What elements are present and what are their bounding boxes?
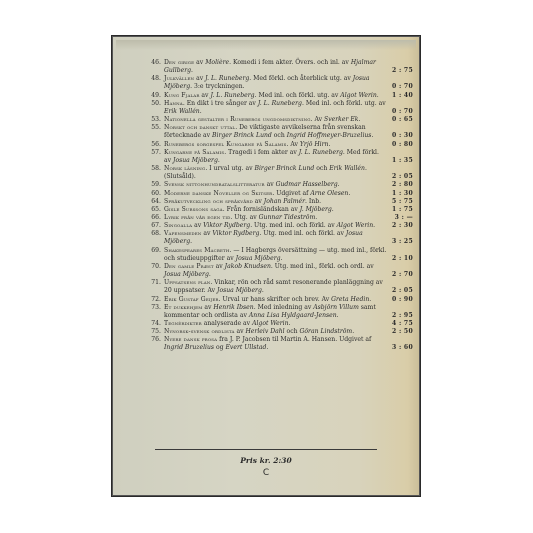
entry-text: . I urval utg. av [205,165,254,172]
entry-author: Algot Werin [252,320,288,327]
entry-text: . Utg. med inl., förkl. och ordl. av [271,263,374,270]
catalog-entry: 57.Kungarne på Salamis. Tragedi i fem ak… [151,149,413,165]
entry-number: 58. [151,165,164,181]
entry-title: Svensk nittonhundratalslitteratur [164,181,265,188]
entry-price: 2 : 50 [387,328,413,336]
entry-description: Gisle Surssons saga. Från fornisländskan… [164,206,413,214]
entry-author: Greta Hedin [331,296,369,303]
page-mark: C [112,468,420,478]
entry-text: . [373,222,375,229]
entry-text: . [200,108,202,115]
entry-price: 2 : 10 [387,255,413,263]
entry-title: Julkvällen [164,75,194,82]
entry-text: . Med inl. och förkl. utg. av [255,92,341,99]
entry-text: . [266,344,268,351]
entry-text: av [194,75,205,82]
entry-text: og [214,344,225,351]
entry-author: Arne Olesen [310,190,348,197]
entry-author: Yrjö Hirn [300,141,329,148]
entry-text: . [338,181,340,188]
entry-description: Kungarne på Salamis. Tragedi i fem akter… [164,149,413,165]
entry-author: Gudmar Hasselberg [276,181,338,188]
entry-author: Göran Lindström [300,328,353,335]
entry-text: . Udgivet af [272,190,310,197]
entry-number: 75. [151,328,164,336]
entry-author: Erik Wallén [164,108,200,115]
entry-title: Tegnérdikter [164,320,202,327]
entry-number: 70. [151,263,164,279]
entry-price: 2 : 80 [387,181,413,189]
entry-text: analyserade av [202,320,252,327]
catalog-entry: 76.Nyere dansk prosa fra J. P. Jacobsen … [151,336,413,352]
entry-author: Jakob Knudsen [225,263,271,270]
entry-description: Erik Gustaf Geijer. Urval ur hans skrift… [164,296,413,304]
entry-title: Den gamle Præst [164,263,214,270]
entry-text: fra J. P. Jacobsen til Martin A. Hansen.… [217,336,371,343]
entry-title: Norsk läsning [164,165,205,172]
catalog-entry: 64.Språkutveckling och språkvård av Joha… [151,198,413,206]
catalog-entry: 70.Den gamle Præst av Jakob Knudsen. Utg… [151,263,413,279]
entry-title: Den girige [164,59,194,66]
entry-title: Språkutveckling och språkvård [164,198,253,205]
entry-price: 2 : 05 [387,173,413,181]
entry-author: Viktor Rydberg [203,222,250,229]
entry-price: 3 : 25 [387,238,413,246]
entry-description: Shakespeares Macbeth. — I Hagbergs övers… [164,247,413,263]
entry-number: 53. [151,116,164,124]
divider-rule [155,449,377,450]
entry-text: . [371,132,373,139]
entry-price: 2 : 95 [387,312,413,320]
entry-title: Nyere dansk prosa [164,336,217,343]
entry-description: Vapensmeden av Viktor Rydberg. Utg. med … [164,230,413,246]
entry-text: . Med inl. och förkl. utg. av [302,100,386,107]
entry-price: 1 : 30 [387,190,413,198]
entry-text: av [235,328,246,335]
entry-author: Josua Mjöberg [236,255,281,262]
entry-text: . Av [311,116,324,123]
entry-text: av [253,198,264,205]
entry-text: av [192,222,203,229]
entry-title: Kungarne på Salamis [164,149,224,156]
entry-price: 1 : 75 [387,206,413,214]
catalog-entry: 46.Den girige av Molière. Komedi i fem a… [151,59,413,75]
catalog-entry: 72.Erik Gustaf Geijer. Urval ur hans skr… [151,296,413,304]
entry-number: 74. [151,320,164,328]
entry-title: Runebergs sorgespel Kungarne på Salamis [164,141,286,148]
entry-description: Nyere dansk prosa fra J. P. Jacobsen til… [164,336,413,352]
entry-title: Norskt och danskt uttal [164,124,235,131]
entry-author: Anna Lisa Hyldgaard-Jensen [249,312,337,319]
entry-text: . [377,92,379,99]
entry-number: 69. [151,247,164,263]
entry-text: . Inb. [305,198,321,205]
catalog-entry: 50.Hanna. En dikt i tre sånger av J. L. … [151,100,413,116]
entry-author: Josua Mjöberg [164,271,209,278]
entry-number: 50. [151,100,164,116]
catalog-entry: 58.Norsk läsning. I urval utg. av Birger… [151,165,413,181]
entry-description: Nynorsk-svensk ordlista av Herleiv Dahl … [164,328,413,336]
entry-author: Johan Palmér [264,198,305,205]
catalog-entry: 59.Svensk nittonhundratalslitteratur av … [151,181,413,189]
entry-description: Moderne danske Noveller og Skitser. Udgi… [164,190,413,198]
catalog-entry: 73.Et dukkehjem av Henrik Ibsen. Med inl… [151,304,413,320]
entry-text: . En dikt i tre sånger av [183,100,258,107]
entry-text: . Urval ur hans skrifter och brev. Av [219,296,332,303]
entry-text: . Tragedi i fem akter av [224,149,299,156]
catalog-entry: 56.Runebergs sorgespel Kungarne på Salam… [151,141,413,149]
entry-description: Den girige av Molière. Komedi i fem akte… [164,59,413,75]
entry-author: Algot Werin [337,222,373,229]
entry-text: . [281,255,283,262]
entry-description: Den gamle Præst av Jakob Knudsen. Utg. m… [164,263,413,279]
entry-title: Shakespeares Macbeth [164,247,230,254]
entry-price: 2 : 75 [387,67,413,75]
entry-description: Kung Fjalar av J. L. Runeberg. Med inl. … [164,92,413,100]
entry-text: av [202,304,213,311]
entry-title: Singoalla [164,222,192,229]
entry-text: . [369,296,371,303]
entry-text: . Utg. med inl. och förkl. av [259,230,345,237]
entry-title: Vapensmeden [164,230,201,237]
entry-title: Et dukkehjem [164,304,202,311]
entry-text: . [332,206,334,213]
entry-price: 3 : — [387,214,413,222]
entry-number: 76. [151,336,164,352]
entry-number: 59. [151,181,164,189]
entry-author: J. Mjöberg [300,206,332,213]
entry-text: . [191,67,193,74]
entry-number: 71. [151,279,164,295]
catalog-page: 46.Den girige av Molière. Komedi i fem a… [111,35,421,497]
entry-number: 65. [151,206,164,214]
entry-number: 72. [151,296,164,304]
catalog-entry: 71.Uppsatsens plan. Vinkar, rön och råd … [151,279,413,295]
entry-number: 73. [151,304,164,320]
entry-author: Ingrid Hoffmeyer-Bruzelius [287,132,372,139]
entry-text: . [328,141,330,148]
entry-text: av [194,59,205,66]
entry-author: Sverker Ek [324,116,358,123]
entry-number: 56. [151,141,164,149]
entry-description: Nationella gestalter i Runebergs ungdoms… [164,116,413,124]
entry-price: 2 : 70 [387,271,413,279]
entry-text: av [199,92,210,99]
entry-text: . [262,287,264,294]
entry-author: Josua Mjöberg [217,287,262,294]
entry-number: 49. [151,92,164,100]
catalog-entry: 68.Vapensmeden av Viktor Rydberg. Utg. m… [151,230,413,246]
entry-description: Svensk nittonhundratalslitteratur av Gud… [164,181,413,189]
entry-text: . [348,190,350,197]
entry-text: . [190,238,192,245]
entry-price: 1 : 40 [387,92,413,100]
entry-text: av [201,230,212,237]
entry-text: och [314,165,329,172]
entry-text: av [265,181,276,188]
entry-text: och [272,132,287,139]
entry-description: Runebergs sorgespel Kungarne på Salamis.… [164,141,413,149]
entry-text: . [352,328,354,335]
entry-text: och [285,328,300,335]
entry-title: Moderne danske Noveller og Skitser [164,190,272,197]
entry-price: 0 : 30 [387,132,413,140]
entry-text: . 3:e tryckningen. [190,83,244,90]
entry-price: 5 : 75 [387,198,413,206]
entry-text: . [218,157,220,164]
entry-author: Birger Brinck Lund [255,165,315,172]
entry-number: 67. [151,222,164,230]
entry-text: . [337,312,339,319]
price-label: Pris kr. 2:30 [112,456,420,465]
catalog-entry: 48.Julkvällen av J. L. Runeberg. Med för… [151,75,413,91]
entry-description: Tegnérdikter analyserade av Algot Werin.… [164,320,413,328]
entry-description: Språkutveckling och språkvård av Johan P… [164,198,413,206]
catalog-entry: 66.Lyrik från vår egen tid. Utg. av Gunn… [151,214,413,222]
entry-number: 60. [151,190,164,198]
catalog-entry: 65.Gisle Surssons saga. Från fornisländs… [151,206,413,214]
entry-author: Herleiv Dahl [245,328,284,335]
entry-text: . [289,320,291,327]
entry-title: Kung Fjalar [164,92,199,99]
entry-price: 0 : 65 [387,116,413,124]
entry-number: 57. [151,149,164,165]
entry-text: . Utg. med inl. och förkl. av [250,222,336,229]
entry-number: 55. [151,124,164,140]
entry-description: Hanna. En dikt i tre sånger av J. L. Run… [164,100,413,116]
entry-description: Singoalla av Viktor Rydberg. Utg. med in… [164,222,413,230]
entry-price: 0 : 80 [387,141,413,149]
entry-text: . Med förkl. och återblick utg. av [249,75,352,82]
entry-price: 3 : 60 [387,344,413,352]
entry-text: . Komedi i fem akter. Övers. och inl. av [229,59,351,66]
entry-author: Gunnar Tideström [259,214,316,221]
entry-title: Nationella gestalter i Runebergs ungdoms… [164,116,311,123]
entry-number: 64. [151,198,164,206]
entry-text: . [209,271,211,278]
entry-author: Viktor Rydberg [212,230,259,237]
entry-author: Algot Werin [340,92,376,99]
entry-description: Uppsatsens plan. Vinkar, rön och råd sam… [164,279,413,295]
entry-description: Julkvällen av J. L. Runeberg. Med förkl.… [164,75,413,91]
catalog-entry: 49.Kung Fjalar av J. L. Runeberg. Med in… [151,92,413,100]
entry-text: av [214,263,225,270]
catalog-entry: 53.Nationella gestalter i Runebergs ungd… [151,116,413,124]
entry-description: Norskt och danskt uttal. De viktigaste a… [164,124,413,140]
entry-price: 0 : 90 [387,296,413,304]
entry-description: Et dukkehjem av Henrik Ibsen. Med inledn… [164,304,413,320]
entry-title: Uppsatsens plan [164,279,210,286]
entry-price: 0 : 70 [387,83,413,91]
entry-author: J. L. Runeberg [299,149,343,156]
entry-text: . Utg. av [230,214,258,221]
entry-title: Erik Gustaf Geijer [164,296,219,303]
entry-description: Lyrik från vår egen tid. Utg. av Gunnar … [164,214,413,222]
entry-title: Gisle Surssons saga [164,206,223,213]
entry-price: 4 : 75 [387,320,413,328]
entry-author: Erik Wallén [329,165,365,172]
entry-price: 1 : 35 [387,157,413,165]
entry-author: Henrik Ibsen [213,304,253,311]
entry-price: 0 : 70 [387,108,413,116]
catalog-entry: 67.Singoalla av Viktor Rydberg. Utg. med… [151,222,413,230]
entry-number: 66. [151,214,164,222]
entry-author: J. L. Runeberg [205,75,249,82]
entry-price: 2 : 05 [387,287,413,295]
entry-number: 68. [151,230,164,246]
entry-description: Norsk läsning. I urval utg. av Birger Br… [164,165,413,181]
entry-text: . Från fornisländskan av [223,206,300,213]
entry-text: . Av [286,141,299,148]
entry-text: . Med inledning av [254,304,314,311]
catalog-entry: 69.Shakespeares Macbeth. — I Hagbergs öv… [151,247,413,263]
catalog-entry: 74.Tegnérdikter analyserade av Algot Wer… [151,320,413,328]
entry-number: 48. [151,75,164,91]
entry-title: Nynorsk-svensk ordlista [164,328,235,335]
entry-author: J. L. Runeberg [210,92,254,99]
catalog-entry: 60.Moderne danske Noveller og Skitser. U… [151,190,413,198]
entry-text: . [315,214,317,221]
entry-author: Asbjörn Villum [313,304,359,311]
entry-author: J. L. Runeberg [258,100,302,107]
entry-number: 46. [151,59,164,75]
entry-title: Hanna [164,100,183,107]
entry-author: Ingrid Bruzelius [164,344,214,351]
entry-price: 2 : 30 [387,222,413,230]
entry-author: Evert Ullstad [225,344,266,351]
catalog-list: 46.Den girige av Molière. Komedi i fem a… [151,59,413,353]
catalog-entry: 75.Nynorsk-svensk ordlista av Herleiv Da… [151,328,413,336]
entry-author: Molière [205,59,229,66]
entry-author: Josua Mjöberg [173,157,218,164]
entry-author: Birger Brinck Lund [212,132,272,139]
entry-text: . [358,116,360,123]
catalog-entry: 55.Norskt och danskt uttal. De viktigast… [151,124,413,140]
entry-title: Lyrik från vår egen tid [164,214,230,221]
